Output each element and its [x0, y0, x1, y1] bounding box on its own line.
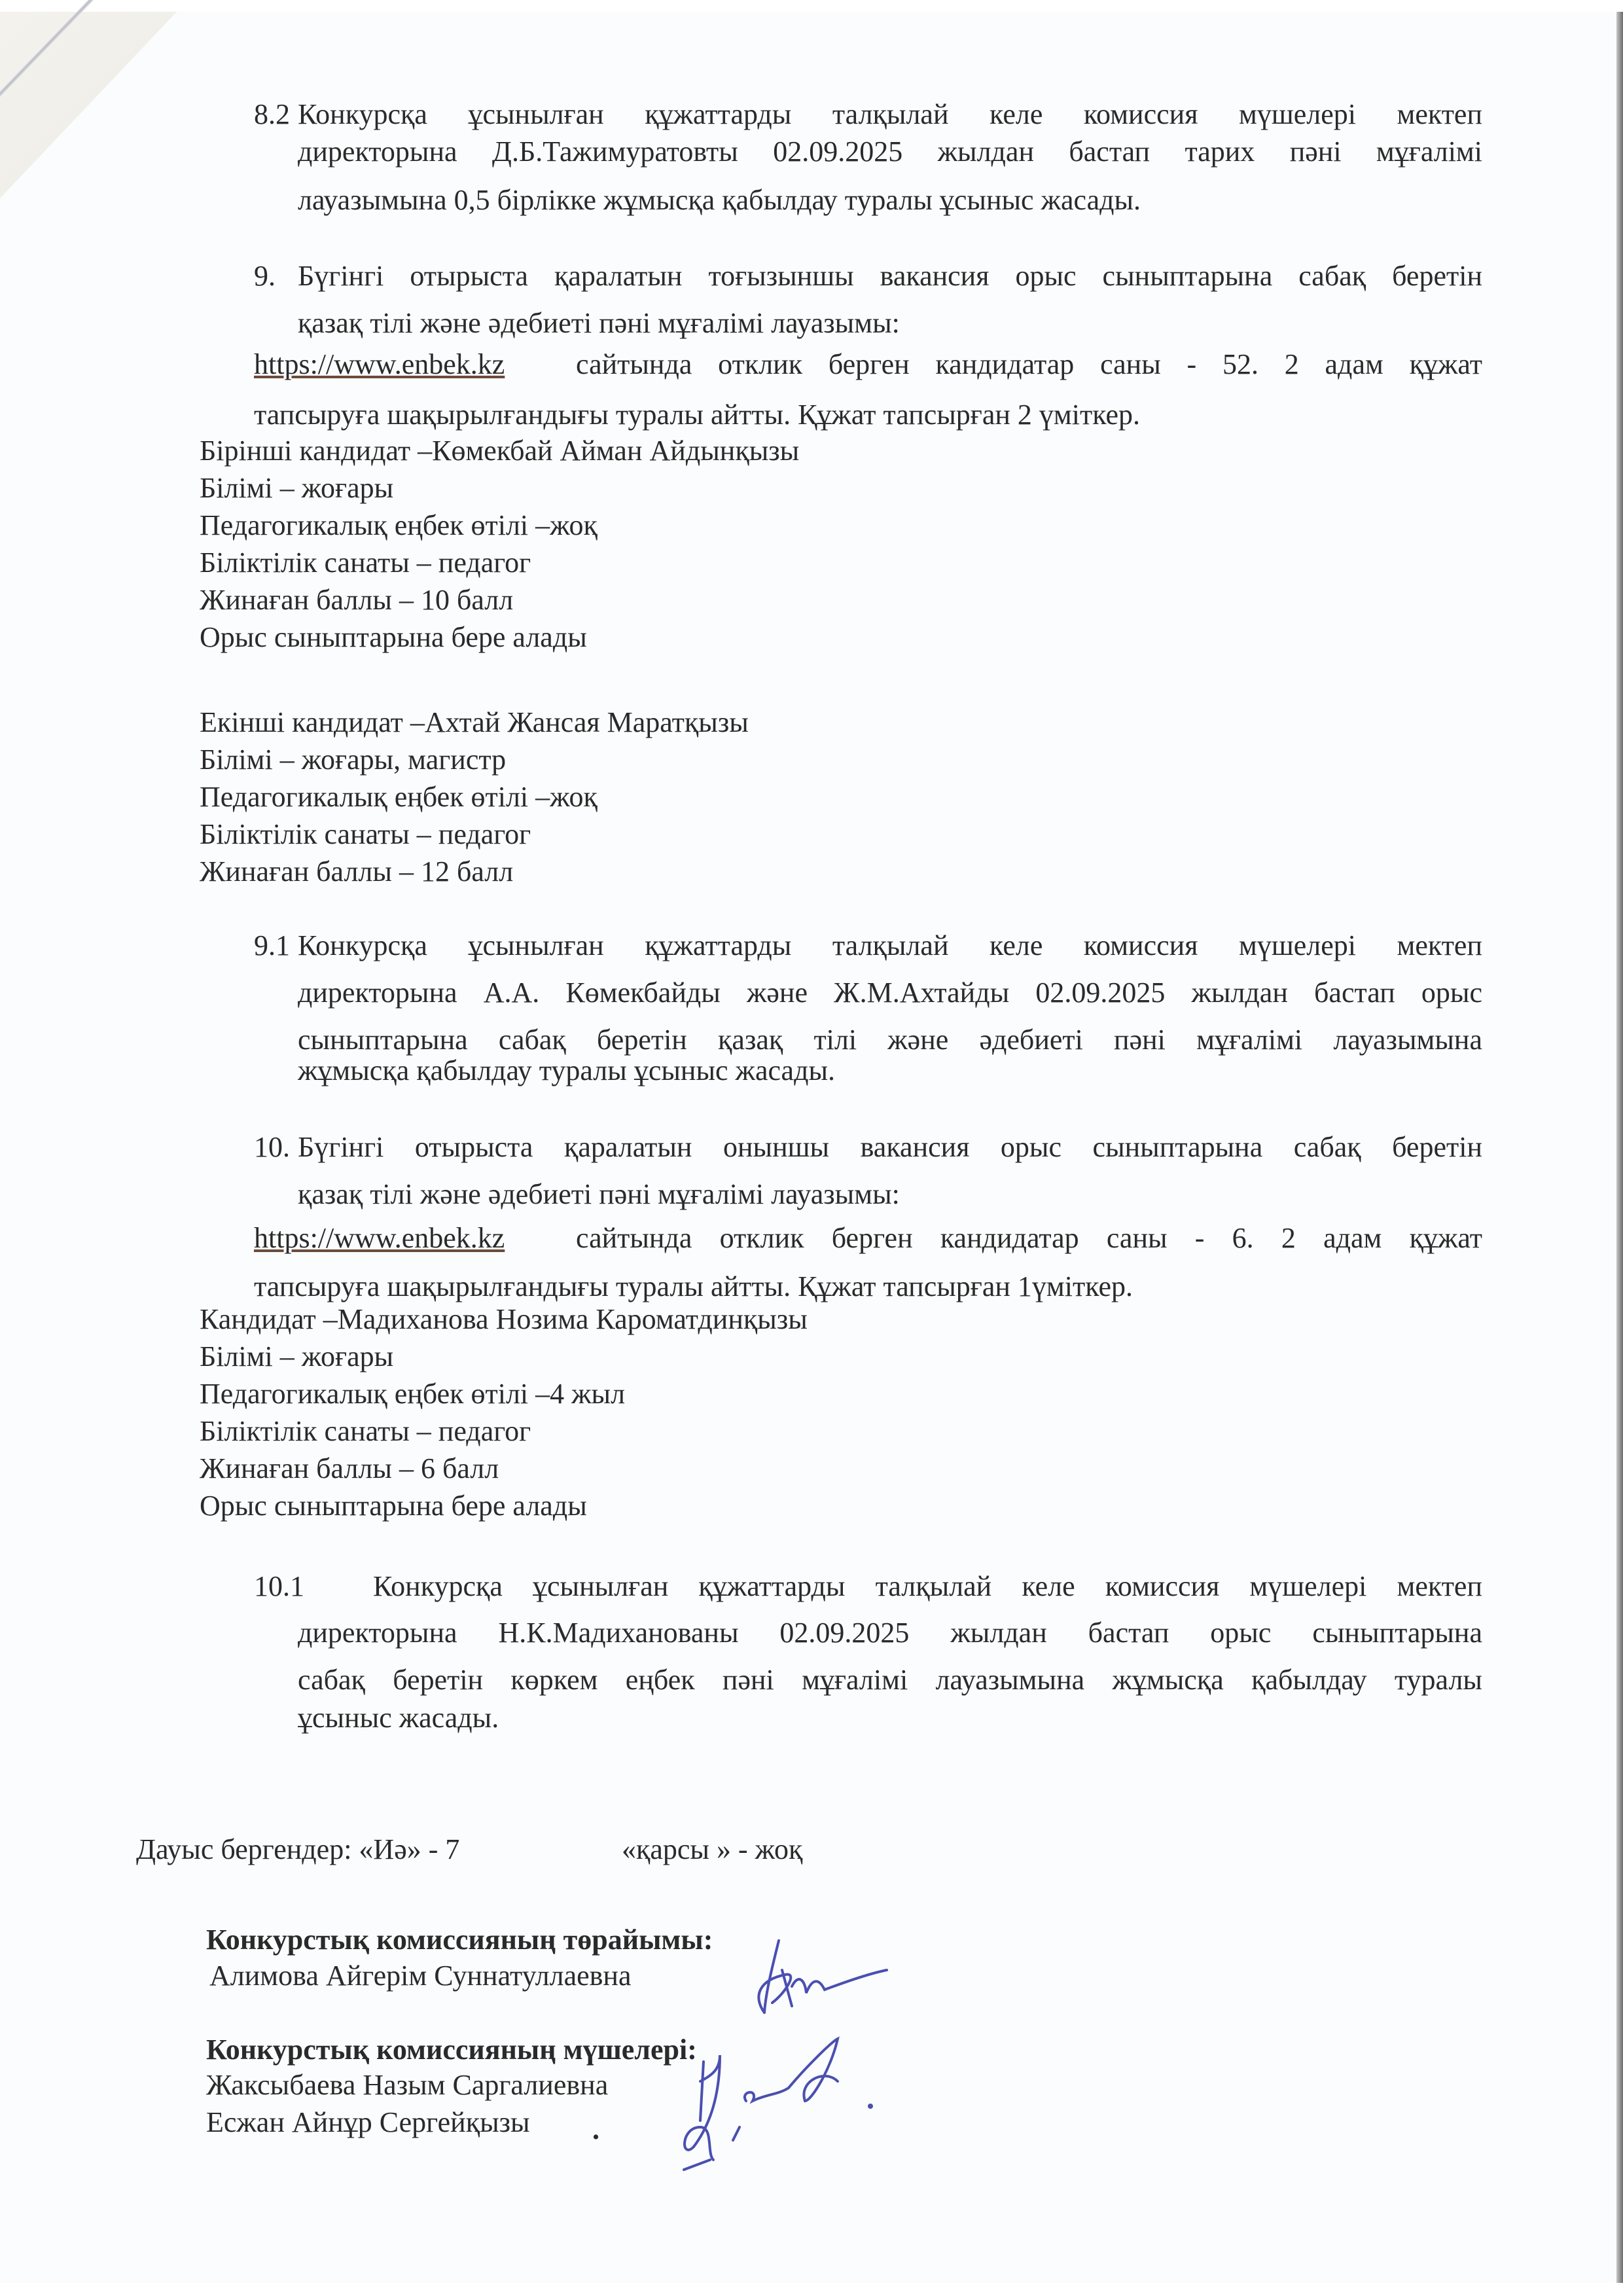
- candidate-category: Біліктілік санаты – педагог: [200, 544, 531, 581]
- vote-against: «қарсы » - жоқ: [622, 1831, 802, 1868]
- vote-yes: Дауыс бергендер: «Иә» - 7: [136, 1831, 459, 1868]
- enbek-link[interactable]: https://www.enbek.kz: [254, 1219, 505, 1257]
- candidate-name: Бірінші кандидат –Көмекбай Айман Айдынқы…: [200, 432, 799, 469]
- scan-edge-shadow: [1616, 12, 1623, 2283]
- candidate-experience: Педагогикалық еңбек өтілі –4 жыл: [200, 1375, 625, 1412]
- item-number: 10.: [254, 1128, 290, 1166]
- item-number: 10.1: [254, 1568, 304, 1605]
- paragraph-line: директорына Д.Б.Тажимуратовты 02.09.2025…: [298, 133, 1482, 170]
- paragraph-line: қазақ тілі және әдебиеті пәні мұғалімі л…: [298, 304, 900, 342]
- candidate-experience: Педагогикалық еңбек өтілі –жоқ: [200, 507, 597, 544]
- candidate-category: Біліктілік санаты – педагог: [200, 1412, 531, 1450]
- candidate-experience: Педагогикалық еңбек өтілі –жоқ: [200, 778, 597, 816]
- candidate-name: Кандидат –Мадиханова Нозима Кароматдинқы…: [200, 1300, 808, 1338]
- paragraph-line: сайтында отклик берген кандидатар саны -…: [576, 1219, 1482, 1257]
- item-number: 9.1: [254, 927, 290, 964]
- paragraph-line: Конкурсқа ұсынылған құжаттарды талқылай …: [373, 1568, 1482, 1605]
- paragraph-line: лауазымына 0,5 бірлікке жұмысқа қабылдау…: [298, 181, 1141, 219]
- paragraph-line: Бүгінгі отырыста қаралатын оныншы ваканс…: [298, 1128, 1482, 1166]
- candidate-note: Орыс сыныптарына бере алады: [200, 619, 587, 656]
- candidate-score: Жинаған баллы – 12 балл: [200, 853, 513, 890]
- candidate-category: Біліктілік санаты – педагог: [200, 816, 531, 853]
- enbek-link[interactable]: https://www.enbek.kz: [254, 346, 505, 383]
- paragraph-line: Конкурсқа ұсынылған құжаттарды талқылай …: [298, 927, 1482, 964]
- candidate-score: Жинаған баллы – 10 балл: [200, 581, 513, 619]
- item-number: 8.2: [254, 96, 290, 133]
- member-name: Есжан Айнұр Сергейқызы: [206, 2104, 530, 2141]
- member-name: Жаксыбаева Назым Саргалиевна: [206, 2066, 608, 2104]
- candidate-education: Білімі – жоғары: [200, 469, 393, 507]
- paragraph-line: Бүгінгі отырыста қаралатын тоғызыншы вак…: [298, 257, 1482, 295]
- paragraph-line: ұсыныс жасады.: [298, 1699, 499, 1736]
- paragraph-line: сайтында отклик берген кандидатар саны -…: [576, 346, 1482, 383]
- candidate-note: Орыс сыныптарына бере алады: [200, 1487, 587, 1524]
- paragraph-line: сабақ беретін көркем еңбек пәні мұғалімі…: [298, 1661, 1482, 1698]
- paragraph-line: директорына Н.К.Мадиханованы 02.09.2025 …: [298, 1614, 1482, 1651]
- paragraph-line: тапсыруға шақырылғандығы туралы айтты. Қ…: [254, 1268, 1133, 1305]
- paragraph-line: қазақ тілі және әдебиеті пәні мұғалімі л…: [298, 1175, 900, 1213]
- paragraph-line: Конкурсқа ұсынылған құжаттарды талқылай …: [298, 96, 1482, 133]
- paragraph-line: тапсыруға шақырылғандығы туралы айтты. Қ…: [254, 396, 1140, 433]
- chair-name: Алимова Айгерім Суннатуллаевна: [209, 1957, 632, 1994]
- chair-title: Конкурстық комиссияның төрайымы:: [206, 1921, 713, 1958]
- item-number: 9.: [254, 257, 276, 295]
- members-title: Конкурстық комиссияның мүшелері:: [206, 2031, 697, 2068]
- paragraph-line: директорына А.А. Көмекбайды және Ж.М.Ахт…: [298, 974, 1482, 1011]
- paragraph-line: жұмысқа қабылдау туралы ұсыныс жасады.: [298, 1052, 835, 1089]
- chair-signature-icon: [746, 1934, 897, 2019]
- candidate-score: Жинаған баллы – 6 балл: [200, 1450, 499, 1487]
- member-signature-icon: [674, 2029, 949, 2173]
- candidate-name: Екінші кандидат –Ахтай Жансая Маратқызы: [200, 704, 749, 741]
- candidate-education: Білімі – жоғары: [200, 1338, 393, 1375]
- dot-mark: .: [592, 2111, 599, 2148]
- candidate-education: Білімі – жоғары, магистр: [200, 741, 506, 778]
